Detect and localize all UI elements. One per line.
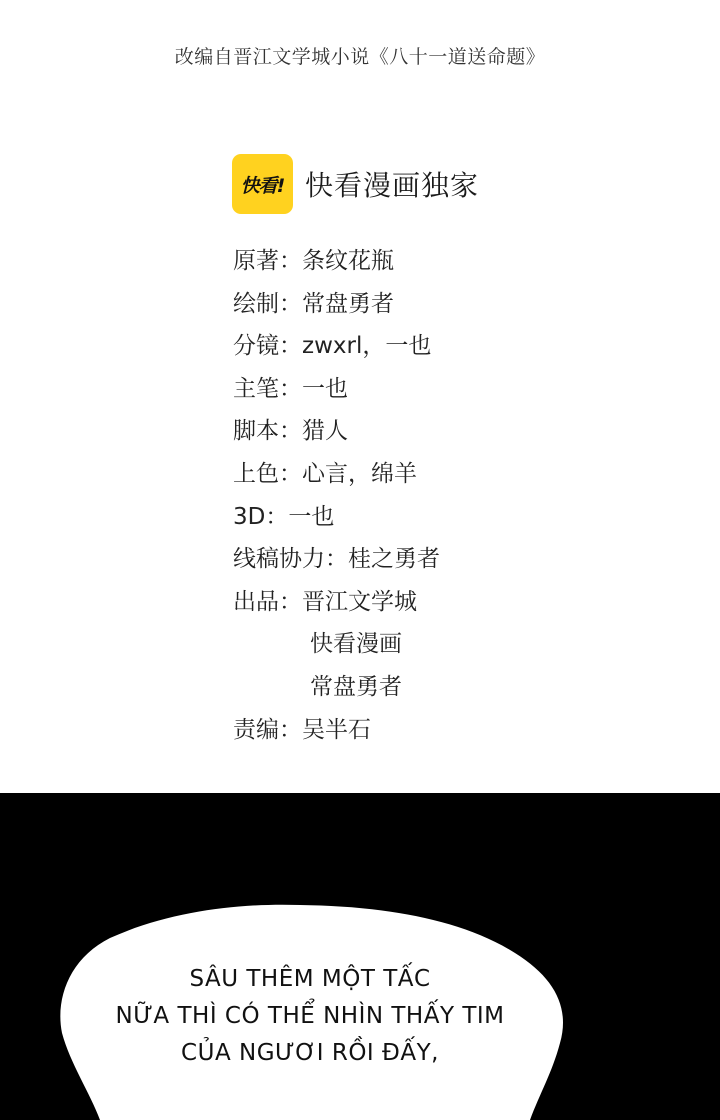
credit-value: 一也: [302, 368, 348, 411]
credit-value: 常盘勇者: [233, 666, 402, 709]
credit-list: 原著：条纹花瓶 绘制：常盘勇者 分镜：zwxrl，一也 主笔：一也 脚本：猎人 …: [233, 240, 440, 751]
credits-page: 改编自晋江文学城小说《八十一道送命题》 快看! 快看漫画独家 原著：条纹花瓶 绘…: [0, 0, 720, 793]
credit-label: 出品：: [233, 581, 302, 624]
credit-label: 责编：: [233, 709, 302, 752]
credit-value: 心言，绵羊: [302, 453, 417, 496]
comic-panel: SÂU THÊM MỘT TẤC NỮA THÌ CÓ THỂ NHÌN THẤ…: [0, 793, 720, 1120]
bubble-line: NỮA THÌ CÓ THỂ NHÌN THẤY TIM: [80, 998, 540, 1035]
credit-value: 猎人: [302, 410, 348, 453]
credit-row: 原著：条纹花瓶: [233, 240, 440, 283]
credit-label: 线稿协力：: [233, 538, 348, 581]
speech-bubble-text: SÂU THÊM MỘT TẤC NỮA THÌ CÓ THỂ NHÌN THẤ…: [80, 961, 540, 1072]
credit-label: 原著：: [233, 240, 302, 283]
credit-row: 3D：一也: [233, 496, 440, 539]
credit-row: 分镜：zwxrl，一也: [233, 325, 440, 368]
credit-label: 3D：: [233, 496, 288, 539]
credit-row: 脚本：猎人: [233, 410, 440, 453]
credit-value: zwxrl，一也: [302, 325, 431, 368]
credit-label: 上色：: [233, 453, 302, 496]
bubble-line: SÂU THÊM MỘT TẤC: [80, 961, 540, 998]
credit-row: 快看漫画: [233, 623, 440, 666]
credit-label: 分镜：: [233, 325, 302, 368]
credit-row: 线稿协力：桂之勇者: [233, 538, 440, 581]
credit-value: 吴半石: [302, 709, 371, 752]
credit-label: 主笔：: [233, 368, 302, 411]
brand-header: 快看! 快看漫画独家: [232, 153, 479, 215]
credit-label: 脚本：: [233, 410, 302, 453]
credit-value: 快看漫画: [233, 623, 402, 666]
credit-row: 上色：心言，绵羊: [233, 453, 440, 496]
credit-label: 绘制：: [233, 283, 302, 326]
credit-row: 绘制：常盘勇者: [233, 283, 440, 326]
source-attribution: 改编自晋江文学城小说《八十一道送命题》: [0, 42, 720, 69]
kuaikan-logo-icon: 快看!: [232, 154, 293, 214]
credit-row: 常盘勇者: [233, 666, 440, 709]
credit-row: 主笔：一也: [233, 368, 440, 411]
brand-name: 快看漫画独家: [305, 164, 479, 204]
credit-value: 晋江文学城: [302, 581, 417, 624]
credit-row: 出品：晋江文学城: [233, 581, 440, 624]
credit-value: 一也: [288, 496, 334, 539]
bubble-line: CỦA NGƯƠI RỒI ĐẤY,: [80, 1035, 540, 1072]
credit-value: 常盘勇者: [302, 283, 394, 326]
credit-value: 桂之勇者: [348, 538, 440, 581]
credit-row: 责编：吴半石: [233, 709, 440, 752]
credit-value: 条纹花瓶: [302, 240, 394, 283]
